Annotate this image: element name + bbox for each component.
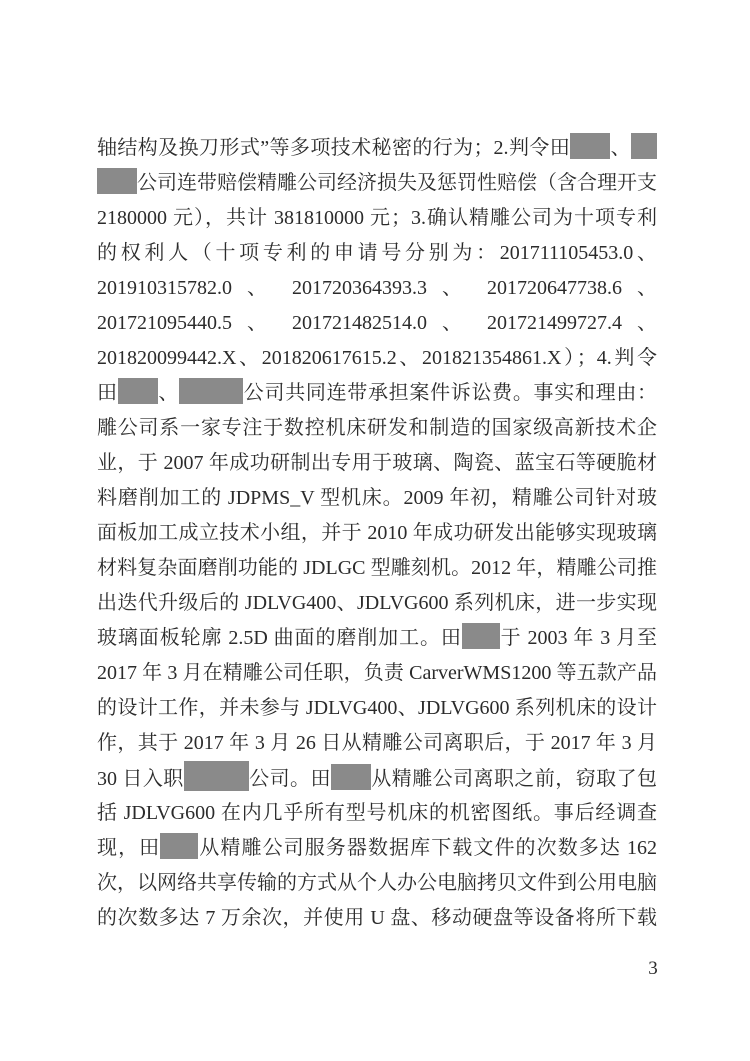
text-run: 、 bbox=[610, 137, 631, 159]
text-line: 作，其于 2017 年 3 月 26 日从精雕公司离职后，于 2017 年 3 … bbox=[97, 726, 657, 761]
text-run: 田 bbox=[97, 382, 118, 404]
text-line: 2017 年 3 月在精雕公司任职，负责 CarverWMS1200 等五款产品 bbox=[97, 656, 657, 691]
text-run: 的权利人（十项专利的申请号分别为：201711105453.0、 bbox=[97, 242, 657, 264]
text-run: 轴结构及换刀形式”等多项技术秘密的行为；2.判令田 bbox=[97, 137, 570, 159]
text-run: 公司。田 bbox=[249, 768, 331, 790]
text-run: 次，以网络共享传输的方式从个人办公电脑拷贝文件到公用电脑 bbox=[97, 872, 657, 894]
text-line: 201721095440.5 、 201721482514.0 、 201721… bbox=[97, 306, 657, 341]
text-run: 从精雕公司离职之前，窃取了包 bbox=[371, 768, 657, 790]
text-line: 雕公司系一家专注于数控机床研发和制造的国家级高新技术企 bbox=[97, 411, 657, 446]
page-number: 3 bbox=[641, 956, 665, 982]
redaction-box bbox=[118, 378, 158, 404]
text-line: 出迭代升级后的 JDLVG400、JDLVG600 系列机床，进一步实现对 bbox=[97, 586, 657, 621]
text-line: 面板加工成立技术小组，并于 2010 年成功研发出能够实现玻璃 bbox=[97, 516, 657, 551]
text-line: 201910315782.0 、 201720364393.3 、 201720… bbox=[97, 271, 657, 306]
redaction-box bbox=[570, 133, 610, 159]
text-run: 业，于 2007 年成功研制出专用于玻璃、陶瓷、蓝宝石等硬脆材 bbox=[97, 452, 657, 474]
text-run: 料磨削加工的 JDPMS_V 型机床。2009 年初，精雕公司针对玻璃 bbox=[97, 487, 657, 516]
text-line: 次，以网络共享传输的方式从个人办公电脑拷贝文件到公用电脑 bbox=[97, 866, 657, 901]
text-run: 30 日入职 bbox=[97, 768, 184, 790]
text-line: 2180000 元），共计 381810000 元；3.确认精雕公司为十项专利 bbox=[97, 201, 657, 236]
text-run: 现，田 bbox=[97, 837, 160, 859]
text-line: 30 日入职公司。田从精雕公司离职之前，窃取了包 bbox=[97, 761, 657, 796]
document-body-text: 轴结构及换刀形式”等多项技术秘密的行为；2.判令田、公司连带赔偿精雕公司经济损失… bbox=[97, 131, 657, 936]
text-run: 从精雕公司服务器数据库下载文件的次数多达 162 bbox=[198, 837, 657, 859]
text-run: 雕公司系一家专注于数控机床研发和制造的国家级高新技术企 bbox=[97, 417, 657, 439]
document-page: 轴结构及换刀形式”等多项技术秘密的行为；2.判令田、公司连带赔偿精雕公司经济损失… bbox=[0, 0, 750, 1061]
text-run: 的次数多达 7 万余次，并使用 U 盘、移动硬盘等设备将所下载的 bbox=[97, 907, 657, 936]
text-line: 田、公司共同连带承担案件诉讼费。事实和理由：精 bbox=[97, 376, 657, 411]
text-line: 现，田从精雕公司服务器数据库下载文件的次数多达 162 bbox=[97, 831, 657, 866]
text-line: 玻璃面板轮廓 2.5D 曲面的磨削加工。田于 2003 年 3 月至 bbox=[97, 621, 657, 656]
text-run: 、 bbox=[158, 382, 179, 404]
redaction-box bbox=[184, 761, 249, 791]
text-run: 的设计工作，并未参与 JDLVG400、JDLVG600 系列机床的设计工 bbox=[97, 697, 657, 726]
text-run: 玻璃面板轮廓 2.5D 曲面的磨削加工。田 bbox=[97, 627, 462, 649]
text-run: 2180000 元），共计 381810000 元；3.确认精雕公司为十项专利 bbox=[97, 207, 657, 229]
redaction-box bbox=[462, 623, 500, 649]
text-run: 作，其于 2017 年 3 月 26 日从精雕公司离职后，于 2017 年 3 … bbox=[97, 732, 657, 754]
text-line: 轴结构及换刀形式”等多项技术秘密的行为；2.判令田、 bbox=[97, 131, 657, 166]
text-run: 于 2003 年 3 月至 bbox=[500, 627, 657, 649]
text-line: 的权利人（十项专利的申请号分别为：201711105453.0、 bbox=[97, 236, 657, 271]
redaction-box bbox=[97, 168, 137, 194]
text-run: 2017 年 3 月在精雕公司任职，负责 CarverWMS1200 等五款产品 bbox=[97, 662, 657, 684]
text-line: 的设计工作，并未参与 JDLVG400、JDLVG600 系列机床的设计工 bbox=[97, 691, 657, 726]
text-line: 材料复杂面磨削功能的 JDLGC 型雕刻机。2012 年，精雕公司推 bbox=[97, 551, 657, 586]
text-run: 面板加工成立技术小组，并于 2010 年成功研发出能够实现玻璃 bbox=[97, 522, 657, 544]
text-run: 公司连带赔偿精雕公司经济损失及惩罚性赔偿（含合理开支 bbox=[137, 172, 657, 194]
redaction-box bbox=[631, 133, 657, 159]
text-line: 业，于 2007 年成功研制出专用于玻璃、陶瓷、蓝宝石等硬脆材 bbox=[97, 446, 657, 481]
text-line: 的次数多达 7 万余次，并使用 U 盘、移动硬盘等设备将所下载的 bbox=[97, 901, 657, 936]
redaction-box bbox=[179, 378, 243, 404]
text-run: 201721095440.5 、 201721482514.0 、 201721… bbox=[97, 312, 657, 334]
text-run: 材料复杂面磨削功能的 JDLGC 型雕刻机。2012 年，精雕公司推 bbox=[97, 557, 657, 579]
text-line: 公司连带赔偿精雕公司经济损失及惩罚性赔偿（含合理开支 bbox=[97, 166, 657, 201]
text-line: 料磨削加工的 JDPMS_V 型机床。2009 年初，精雕公司针对玻璃 bbox=[97, 481, 657, 516]
text-run: 201820099442.X、201820617615.2、2018213548… bbox=[97, 347, 657, 369]
text-run: 括 JDLVG600 在内几乎所有型号机床的机密图纸。事后经调查发 bbox=[97, 802, 657, 831]
text-run: 201910315782.0 、 201720364393.3 、 201720… bbox=[97, 277, 657, 299]
redaction-box bbox=[331, 764, 371, 790]
text-line: 括 JDLVG600 在内几乎所有型号机床的机密图纸。事后经调查发 bbox=[97, 796, 657, 831]
text-run: 出迭代升级后的 JDLVG400、JDLVG600 系列机床，进一步实现对 bbox=[97, 592, 657, 621]
redaction-box bbox=[160, 833, 198, 859]
text-line: 201820099442.X、201820617615.2、2018213548… bbox=[97, 341, 657, 376]
